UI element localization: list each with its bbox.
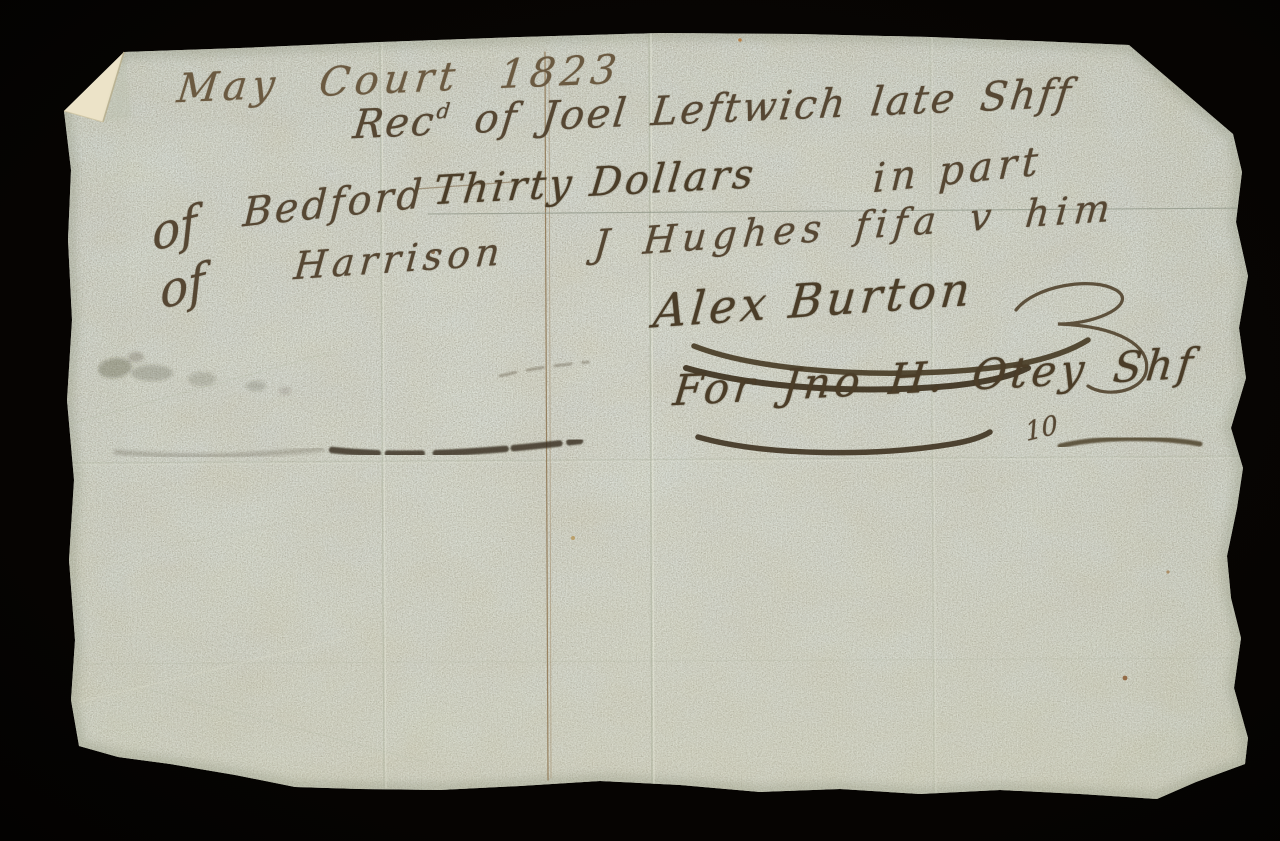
of-label-2: of	[158, 253, 207, 321]
received-abbrev-superscript: d	[435, 99, 451, 124]
of-label-1: of	[150, 195, 199, 263]
paper-bottom-shade	[0, 400, 1280, 841]
fold-corner	[64, 52, 132, 122]
received-abbrev: Rec	[351, 98, 438, 148]
document-scan: May Court 1823 Recdof Joel Leftwich late…	[0, 0, 1280, 841]
